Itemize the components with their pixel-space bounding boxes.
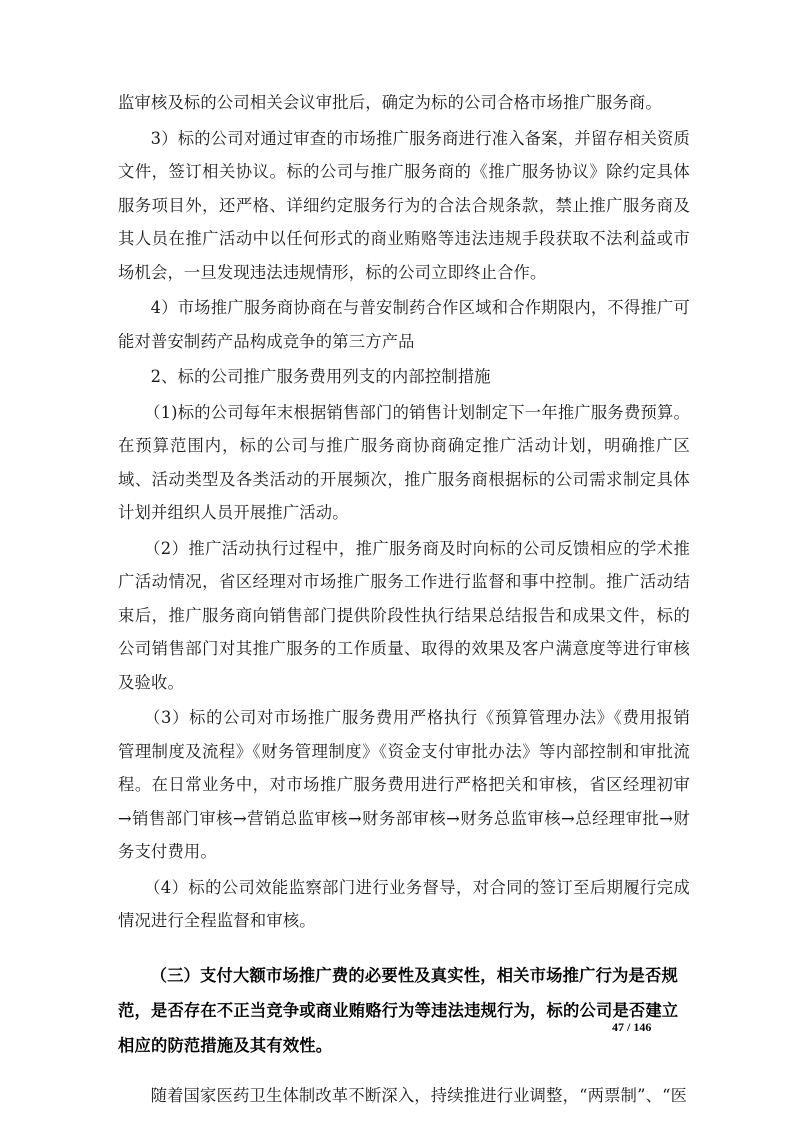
paragraph-control-1: （1)标的公司每年末根据销售部门的销售计划制定下一年推广服务费预算。在预算范围内… (118, 396, 690, 530)
paragraph-final: 随着国家医药卫生体制改革不断深入，持续推进行业调整，“两票制”、“医 (118, 1079, 690, 1113)
document-page: 监审核及标的公司相关会议审批后，确定为标的公司合格市场推广服务商。 3）标的公司… (118, 86, 690, 1112)
paragraph-item-4: 4）市场推广服务商协商在与普安制药合作区域和合作期限内，不得推广可能对普安制药产… (118, 291, 690, 358)
paragraph-continuation: 监审核及标的公司相关会议审批后，确定为标的公司合格市场推广服务商。 (118, 86, 690, 120)
subsection-title-internal-control: 2、标的公司推广服务费用列支的内部控制措施 (118, 360, 690, 394)
paragraph-item-3: 3）标的公司对通过审查的市场推广服务商进行准入备案，并留存相关资质文件，签订相关… (118, 122, 690, 290)
page-number: 47 / 146 (612, 1020, 651, 1035)
paragraph-control-2: （2）推广活动执行过程中，推广服务商及时向标的公司反馈相应的学术推广活动情况，省… (118, 532, 690, 700)
paragraph-control-3: （3）标的公司对市场推广服务费用严格执行《预算管理办法》《费用报销管理制度及流程… (118, 701, 690, 869)
paragraph-control-4: （4）标的公司效能监察部门进行业务督导，对合同的签订至后期履行完成情况进行全程监… (118, 871, 690, 938)
section-heading-3: （三）支付大额市场推广费的必要性及真实性，相关市场推广行为是否规范，是否存在不正… (118, 958, 690, 1063)
